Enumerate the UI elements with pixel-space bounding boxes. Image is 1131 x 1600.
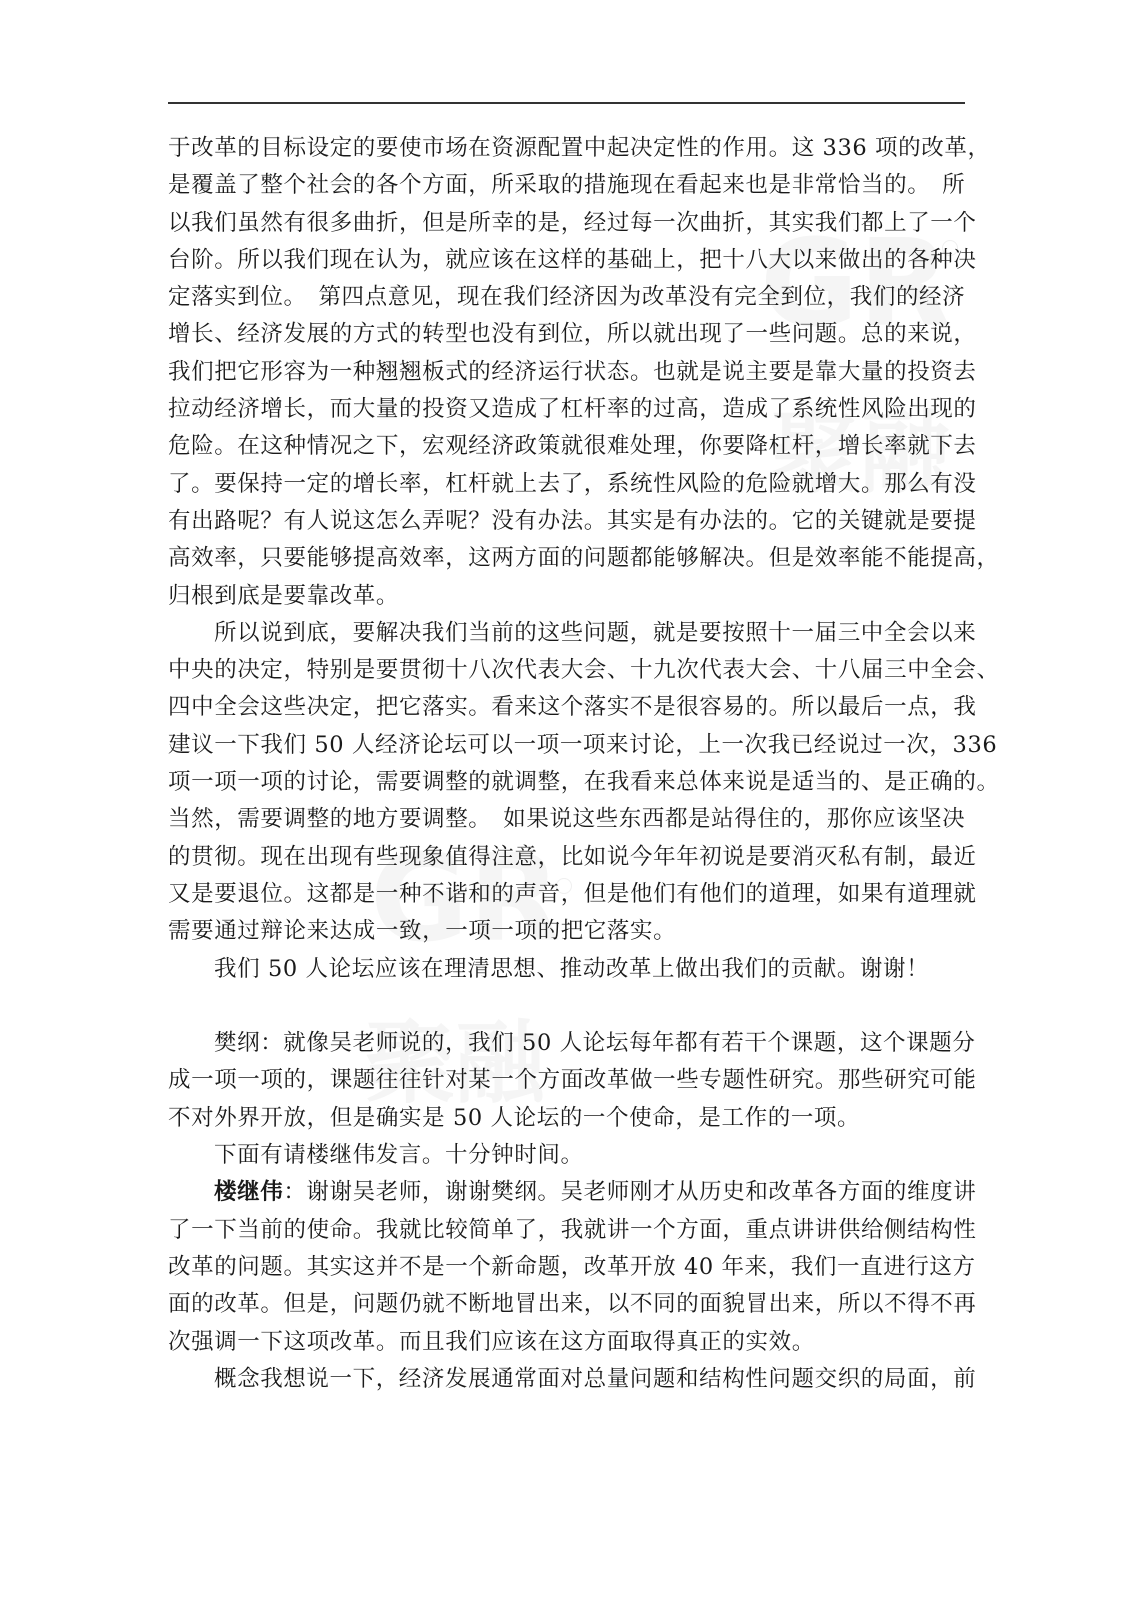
text-line: 下面有请楼继伟发言。十分钟时间。 (168, 1137, 965, 1174)
paragraph-invite: 下面有请楼继伟发言。十分钟时间。 (168, 1137, 965, 1174)
text-line: 我们把它形容为一种翘翘板式的经济运行状态。也就是说主要是靠大量的投资去 (168, 354, 965, 391)
text-line: 的贯彻。现在出现有些现象值得注意，比如说今年年初说是要消灭私有制，最近 (168, 839, 965, 876)
text-line: 又是要退位。这都是一种不谐和的声音，但是他们有他们的道理，如果有道理就 (168, 876, 965, 913)
speech-text: ：谢谢吴老师，谢谢樊纲。吴老师刚才从历史和改革各方面的维度讲 (283, 1179, 976, 1205)
header-rule (168, 102, 965, 104)
text-line: 拉动经济增长，而大量的投资又造成了杠杆率的过高，造成了系统性风险出现的 (168, 391, 965, 428)
text-line: 需要通过辩论来达成一致，一项一项的把它落实。 (168, 913, 965, 950)
text-line: 高效率，只要能够提高效率，这两方面的问题都能够解决。但是效率能不能提高， (168, 540, 965, 577)
text-line: 增长、经济发展的方式的转型也没有到位，所以就出现了一些问题。总的来说， (168, 316, 965, 353)
text-line: 所以说到底，要解决我们当前的这些问题，就是要按照十一届三中全会以来 (168, 615, 965, 652)
text-line: 于改革的目标设定的要使市场在资源配置中起决定性的作用。这 336 项的改革， (168, 130, 965, 167)
document-page: 于改革的目标设定的要使市场在资源配置中起决定性的作用。这 336 项的改革， 是… (168, 130, 965, 1398)
text-line: 有出路呢？有人说这怎么弄呢？没有办法。其实是有办法的。它的关键就是要提 (168, 503, 965, 540)
spacer (168, 988, 965, 1025)
text-line: 我们 50 人论坛应该在理清思想、推动改革上做出我们的贡献。谢谢！ (168, 951, 965, 988)
text-line: 定落实到位。 第四点意见，现在我们经济因为改革没有完全到位，我们的经济 (168, 279, 965, 316)
text-line: 是覆盖了整个社会的各个方面，所采取的措施现在看起来也是非常恰当的。 所 (168, 167, 965, 204)
text-line: 改革的问题。其实这并不是一个新命题，改革开放 40 年来，我们一直进行这方 (168, 1249, 965, 1286)
speaker-name: 樊纲 (214, 1030, 260, 1056)
paragraph: 我们 50 人论坛应该在理清思想、推动改革上做出我们的贡献。谢谢！ (168, 951, 965, 988)
text-line: 楼继伟：谢谢吴老师，谢谢樊纲。吴老师刚才从历史和改革各方面的维度讲 (168, 1174, 965, 1211)
paragraph: 所以说到底，要解决我们当前的这些问题，就是要按照十一届三中全会以来 中央的决定，… (168, 615, 965, 951)
text-line: 建议一下我们 50 人经济论坛可以一项一项来讨论，上一次我已经说过一次，336 (168, 727, 965, 764)
text-line: 成一项一项的，课题往往针对某一个方面改革做一些专题性研究。那些研究可能 (168, 1062, 965, 1099)
speech-text: ：就像吴老师说的，我们 50 人论坛每年都有若干个课题，这个课题分 (260, 1030, 975, 1056)
text-line: 概念我想说一下，经济发展通常面对总量问题和结构性问题交织的局面，前 (168, 1361, 965, 1398)
paragraph-lou-jiwei: 楼继伟：谢谢吴老师，谢谢樊纲。吴老师刚才从历史和改革各方面的维度讲 了一下当前的… (168, 1174, 965, 1360)
text-line: 次强调一下这项改革。而且我们应该在这方面取得真正的实效。 (168, 1324, 965, 1361)
text-line: 中央的决定，特别是要贯彻十八次代表大会、十九次代表大会、十八届三中全会、 (168, 652, 965, 689)
text-line: 以我们虽然有很多曲折，但是所幸的是，经过每一次曲折，其实我们都上了一个 (168, 205, 965, 242)
text-line: 归根到底是要靠改革。 (168, 578, 965, 615)
text-line: 面的改革。但是，问题仍就不断地冒出来，以不同的面貌冒出来，所以不得不再 (168, 1286, 965, 1323)
text-line: 樊纲：就像吴老师说的，我们 50 人论坛每年都有若干个课题，这个课题分 (168, 1025, 965, 1062)
paragraph-fan-gang: 樊纲：就像吴老师说的，我们 50 人论坛每年都有若干个课题，这个课题分 成一项一… (168, 1025, 965, 1137)
text-line: 四中全会这些决定，把它落实。看来这个落实不是很容易的。所以最后一点，我 (168, 689, 965, 726)
text-line: 危险。在这种情况之下，宏观经济政策就很难处理，你要降杠杆，增长率就下去 (168, 428, 965, 465)
text-line: 不对外界开放，但是确实是 50 人论坛的一个使命，是工作的一项。 (168, 1100, 965, 1137)
text-line: 了一下当前的使命。我就比较简单了，我就讲一个方面，重点讲讲供给侧结构性 (168, 1212, 965, 1249)
speaker-name: 楼继伟 (214, 1179, 283, 1205)
paragraph: 于改革的目标设定的要使市场在资源配置中起决定性的作用。这 336 项的改革， 是… (168, 130, 965, 615)
text-line: 项一项一项的讨论，需要调整的就调整，在我看来总体来说是适当的、是正确的。 (168, 764, 965, 801)
text-line: 当然，需要调整的地方要调整。 如果说这些东西都是站得住的，那你应该坚决 (168, 801, 965, 838)
text-line: 台阶。所以我们现在认为，就应该在这样的基础上，把十八大以来做出的各种决 (168, 242, 965, 279)
paragraph: 概念我想说一下，经济发展通常面对总量问题和结构性问题交织的局面，前 (168, 1361, 965, 1398)
text-line: 了。要保持一定的增长率，杠杆就上去了，系统性风险的危险就增大。那么有没 (168, 466, 965, 503)
